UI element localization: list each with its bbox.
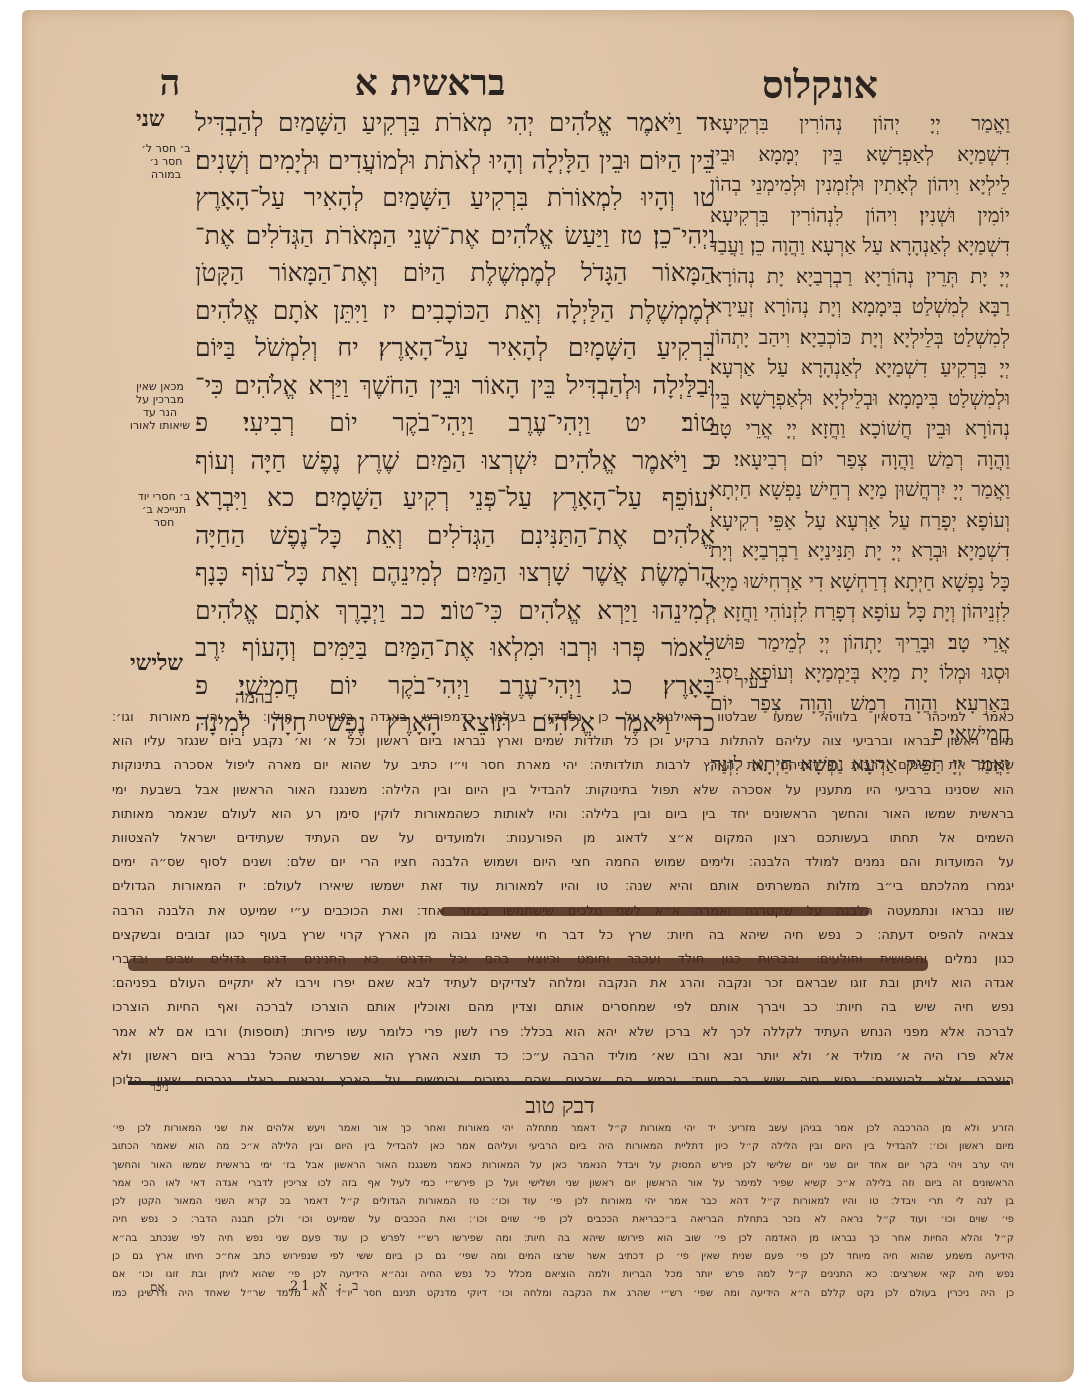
torah-line: טו וְהָיוּ לִמְאוֹרֹת בִּרְקִיעַ הַשָּׁמ… — [195, 179, 715, 217]
folio-number: ה — [150, 62, 190, 104]
torah-line: יְעוֹפֵף עַל־הָאָרֶץ עַל־פְּנֵי רְקִיעַ … — [195, 479, 715, 517]
masorah-note-1: ב׳ חסר ל׳ חסר נ׳ במורה — [140, 142, 192, 181]
devek-tov-line: כן היה ניכרין בעולם לכן נקט קללם ה״א היד… — [112, 1285, 1014, 1303]
onkelos-line: יְיָ יָת תְּרֵין נְהוֹרַיָא רַבְרְבַיָא … — [710, 261, 1010, 292]
censor-strike-2 — [128, 958, 928, 971]
torah-line: לְמֶמְשֶׁלֶת הַלַּיְלָה וְאֵת הַכּוֹכָבִ… — [195, 292, 715, 330]
torah-text-column: יד וַיֹּאמֶר אֱלֹהִים יְהִי מְאֹרֹת בִּר… — [195, 104, 715, 742]
torah-line: לְמִינֵהוּ וַיַּרְא אֱלֹהִים כִּי־טוֹב׃ … — [195, 592, 715, 630]
torah-line: יד וַיֹּאמֶר אֱלֹהִים יְהִי מְאֹרֹת בִּר… — [195, 104, 715, 142]
censor-strike-1 — [440, 907, 870, 916]
devek-tov-line: הזרע ולא מן ההרכבה לכן אמר בגיהן עשב מזר… — [112, 1120, 1014, 1138]
onkelos-line: אֲרֵי טָב׃ וּבָרֵיךְ יָתְהוֹן יְיָ לְמֵי… — [710, 627, 1010, 658]
rashi-line: לברכה אלא מפני הנחש העתיד לקללה לכך לא ב… — [112, 1021, 1014, 1045]
devek-tov-line: ק״ל והלא החיות אחר כך נבראו מן האדמה לכן… — [112, 1230, 1014, 1248]
torah-line: כ וַיֹּאמֶר אֱלֹהִים יִשְׁרְצוּ הַמַּיִם… — [195, 442, 715, 480]
onkelos-line: דִשְׁמַיָא לְאַנְהָרָא עַל אַרְעָא וַהֲו… — [710, 230, 1010, 261]
onkelos-line: נְהוֹרָא וּבֵין חֲשׁוֹכָא וַחֲזָא יְיָ א… — [710, 413, 1010, 444]
rashi-line: שכתוב את השמים לרבות תולדותיהם ואת הארץ … — [112, 754, 1014, 778]
devek-tov-line: פי׳ שוים וכו׳ ועוד ק״ל נראה לא נזכר בתחל… — [112, 1211, 1014, 1229]
torah-line: לֵאמֹר פְּרוּ וּרְבוּ וּמִלְאוּ אֶת־הַמַ… — [195, 629, 715, 667]
torah-line: בֵּין הַיּוֹם וּבֵין הַלָּיְלָה וְהָיוּ … — [195, 142, 715, 180]
rashi-commentary-block: כאמר למיכהו בדסאין בלוויה׳ שמעו שבלטוו ה… — [112, 706, 1014, 1093]
rashi-line: יגמרו מהלכתם בי״ב מזלות המשרתים אותם והי… — [112, 875, 1014, 899]
rashi-line: נפש חיה שיש בה חיות׃ כב ויברך אותם לפי ש… — [112, 996, 1014, 1020]
rashi-line: כאמר למיכהו בדסאין בלוויה׳ שמעו שבלטוו ה… — [112, 706, 1014, 730]
onkelos-line: יְיָ בִּרְקִיעַ דִשְׁמַיָא לְאַנְהָרָא ע… — [710, 352, 1010, 383]
torah-line: הַמָּאוֹר הַגָּדֹל לְמֶמְשֶׁלֶת הַיּוֹם … — [195, 254, 715, 292]
rashi-line: מיום ראשון נבראו וברביעי צוה עליהם להתלו… — [112, 730, 1014, 754]
rashi-line: צבאיה להפיס דעתה׃ כ נפש חיה שיהא בה חיות… — [112, 924, 1014, 948]
onkelos-line: וְעוֹפָא יְפָרַח עַל אַרְעָא עַל אַפֵּי … — [710, 505, 1010, 536]
masorah-note-2: מכאן שאין מברכין על הנר עד שיאותו לאורו — [128, 380, 192, 432]
rashi-line: אלא פרו היה א׳ מוליד א׳ ולא יותר ובא ורב… — [112, 1045, 1014, 1069]
rashi-line: בראשית שמשו האור והחשך הראשונים יחד בין … — [112, 803, 1014, 827]
onkelos-line: דִשְׁמַיָא׃ וּבְרָא יְיָ יָת תַּנִּינַיָ… — [710, 535, 1010, 566]
printer-signature: ב : א 21 — [290, 1278, 361, 1294]
onkelos-line: וַהֲוָה רְמַשׁ וַהֲוָה צְפַר יוֹם רְבִיע… — [710, 444, 1010, 475]
section-divider — [128, 1081, 1010, 1085]
devek-tov-line: בן לנה לי תרי ויבדל׃ טו והיו למאורות ק״ל… — [112, 1193, 1014, 1211]
torah-line: אֱלֹהִים אֶת־הַתַּנִּינִם הַגְּדֹלִים וְ… — [195, 517, 715, 555]
devek-tov-block: הזרע ולא מן ההרכבה לכן אמר בגיהן עשב מזר… — [112, 1120, 1014, 1303]
masorah-note-3: ב׳ חסרי יוד תנייכא ב׳ חסר — [134, 490, 194, 529]
torah-line: וּבַלַּיְלָה וּלְהַבְדִּיל בֵּין הָאוֹר … — [195, 367, 715, 405]
torah-catchword: בהמה — [235, 688, 273, 708]
onkelos-line: וַאֲמַר יְיָ יְהוֹן נְהוֹרִין בִּרְקִיעָ… — [710, 108, 1010, 139]
rashi-line: הוא שסנינו ברביעי היו מתענין על אסכרה של… — [112, 779, 1014, 803]
onkelos-line: רַבָּא לְמִשְׁלַט בִּימָמָא וְיָת נְהוֹר… — [710, 291, 1010, 322]
rashi-line: אגדה הוא לויתן ובת זוגו שבראם זכר ונקבה … — [112, 972, 1014, 996]
torah-line: בִּרְקִיעַ הַשָּׁמָיִם לְהָאִיר עַל־הָאָ… — [195, 329, 715, 367]
devek-tov-line: ויהי ערב ויהי בקר יום אחד יום שני יום של… — [112, 1157, 1014, 1175]
aliyah-sheni-marker: שני — [136, 106, 165, 132]
aliyah-shlishi-marker: שלישי — [130, 650, 183, 676]
rashi-line: על המועדות והם נמנים למולד הלבנה׃ ולימים… — [112, 851, 1014, 875]
torah-line: בָּאָרֶץ׃ כג וַיְהִי־עֶרֶב וַיְהִי־בֹקֶר… — [195, 667, 715, 705]
rashi-line: השמים אל תחתו בעשותכם רצון המקום א״צ לדא… — [112, 827, 1014, 851]
devek-tov-line: מיום ראשון וכו׳׃ להבדיל בין היום ובין הל… — [112, 1138, 1014, 1156]
onkelos-line: דִשְׁמַיָא לְאַפְרָשָׁא בֵּין יְמָמָא וּ… — [710, 139, 1010, 170]
devek-tov-catchword: אם — [150, 1280, 165, 1295]
onkelos-line: לְמִשְׁלַט בְּלֵילְיָא וְיָת כּוֹכְבַיָא… — [710, 322, 1010, 353]
onkelos-catchword: בעיר — [735, 672, 767, 693]
onkelos-line: וּלְמִשְׁלַט בִּימָמָא וּבְלֵילְיָא וּלְ… — [710, 383, 1010, 414]
torah-line: וַיְהִי־כֵן׃ טז וַיַּעַשׂ אֱלֹהִים אֶת־ש… — [195, 217, 715, 255]
onkelos-header: אונקלוס — [735, 62, 905, 108]
devek-tov-line: הידיעה משמע שהוא חיה מיוחד לכן פי׳ פעם ש… — [112, 1248, 1014, 1266]
onkelos-line: לִזְנֵיהוֹן וְיָת כָּל עוֹפָא דְפָרַח לִ… — [710, 596, 1010, 627]
torah-line: טוֹב׃ יט וַיְהִי־עֶרֶב וַיְהִי־בֹקֶר יוֹ… — [195, 404, 715, 442]
onkelos-line: וַאֲמַר יְיָ יִרְחֲשׁוּן מַיָא רְחֵישׁ נ… — [710, 474, 1010, 505]
onkelos-line: לֵילְיָא וִיהוֹן לְאָתִין וּלְזִמְנִין ו… — [710, 169, 1010, 200]
onkelos-line: יוֹמִין וּשְׁנִין׃ וִיהוֹן לִנְהוֹרִין ב… — [710, 200, 1010, 231]
book-chapter-header: בראשית א — [315, 62, 545, 104]
devek-tov-line: הראשונים זה ביום וזה בלילה א״כ קשיא שפיר… — [112, 1175, 1014, 1193]
onkelos-line: כָּל נַפְשָׁא חַיְתָא דְרַחְשָׁא דִי אַר… — [710, 566, 1010, 597]
torah-line: הָרֹמֶשֶׂת אֲשֶׁר שָׁרְצוּ הַמַּיִם לְמִ… — [195, 554, 715, 592]
devek-tov-line: נפש חיה קאי אשרצים׃ כא התנינים ק״ל למה פ… — [112, 1266, 1014, 1284]
devek-tov-title: דבק טוב — [500, 1093, 620, 1119]
